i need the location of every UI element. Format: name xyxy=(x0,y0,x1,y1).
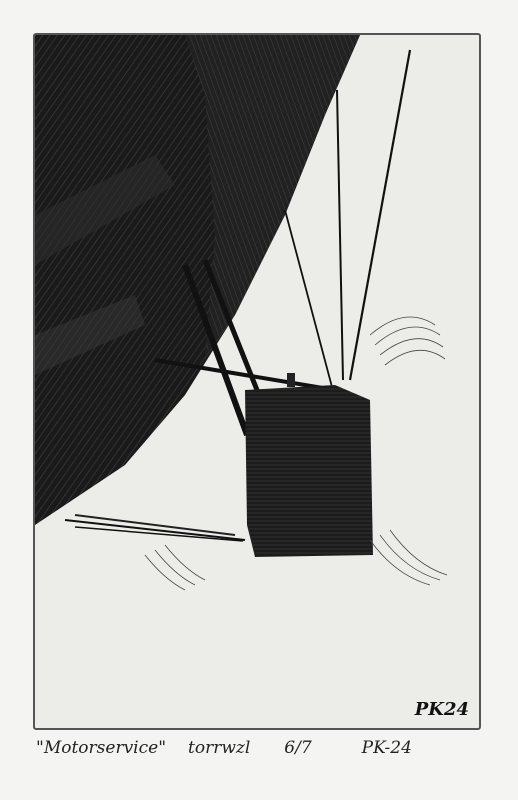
caption-artist-mark: PK-24 xyxy=(362,738,412,758)
etching-plate: PK24 xyxy=(33,33,481,730)
balloon-basket xyxy=(245,373,373,557)
caption-edition: 6/7 xyxy=(284,738,311,758)
caption-subtitle: torrwzl xyxy=(188,738,250,758)
caption-title: "Motorservice" xyxy=(36,738,166,758)
balloon-illustration xyxy=(35,35,481,730)
handwritten-caption: "Motorservice" torrwzl 6/7 PK-24 xyxy=(36,738,486,758)
artist-signature: PK24 xyxy=(415,699,469,720)
